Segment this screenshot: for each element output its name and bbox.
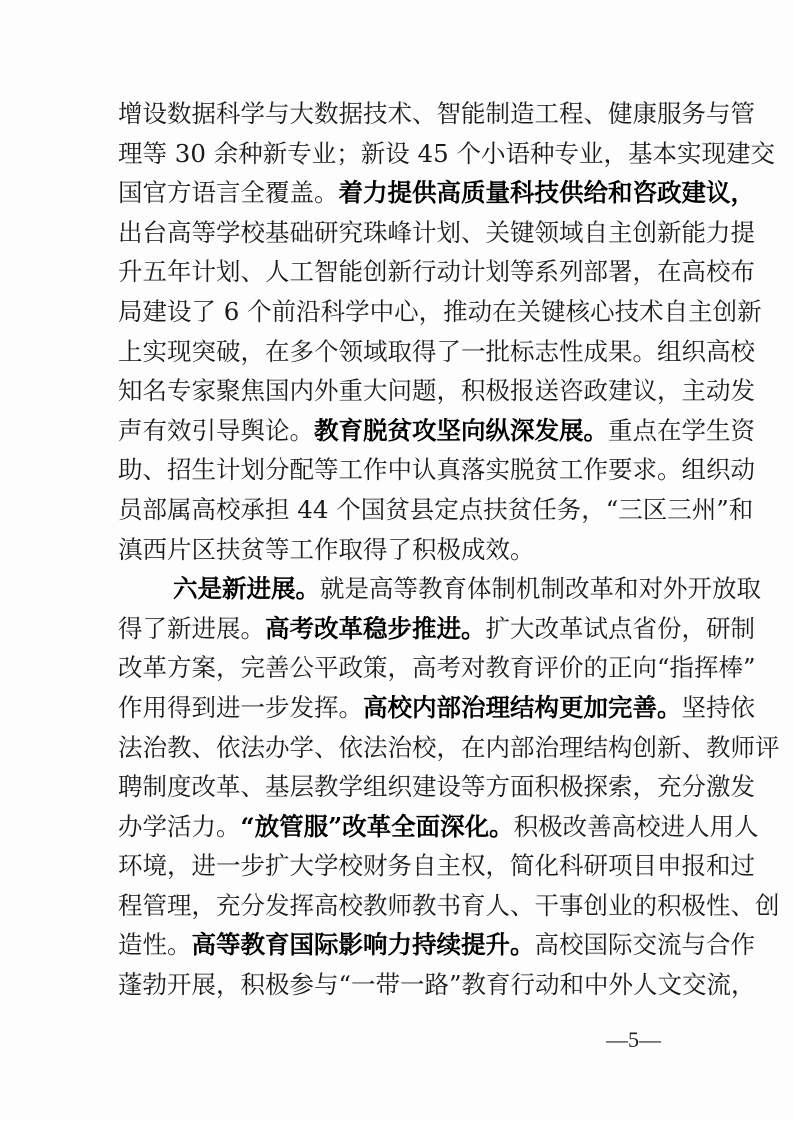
bold-heading-text: 高校内部治理结构更加完善。 [363, 693, 682, 722]
text-line: 改革方案，完善公平政策，高考对教育评价的正向“指挥棒” [118, 648, 674, 688]
body-text-segment: 声有效引导舆论。 [118, 416, 314, 445]
body-text-segment: 法治教、依法办学、依法治校，在内部治理结构创新、教师评 [118, 733, 780, 762]
text-line: 助、招生计划分配等工作中认真落实脱贫工作要求。组织动 [118, 450, 674, 490]
text-line: 造性。高等教育国际影响力持续提升。高校国际交流与合作 [118, 925, 674, 965]
body-text-segment: 国官方语言全覆盖。 [118, 178, 339, 207]
text-line: 理等 30 余种新专业；新设 45 个小语种专业，基本实现建交 [118, 134, 674, 174]
body-text-segment: 理等 30 余种新专业；新设 45 个小语种专业，基本实现建交 [118, 139, 775, 168]
bold-heading-text: 着力提供高质量科技供给和咨政建议， [339, 178, 756, 207]
bold-heading-text: 高等教育国际影响力持续提升。 [192, 930, 535, 959]
text-line: 办学活力。“放管服”改革全面深化。积极改善高校进人用人 [118, 807, 674, 847]
text-line: 知名专家聚焦国内外重大问题，积极报送咨政建议，主动发 [118, 371, 674, 411]
page-number: —5— [606, 1027, 661, 1053]
bold-heading-text: 高考改革稳步推进。 [265, 614, 486, 643]
text-line: 上实现突破，在多个领域取得了一批标志性成果。组织高校 [118, 332, 674, 372]
body-text-segment: 造性。 [118, 930, 192, 959]
bold-heading-text: 六是新进展。 [173, 574, 320, 603]
body-text-segment: 坚持依 [682, 693, 756, 722]
text-line: 出台高等学校基础研究珠峰计划、关键领域自主创新能力提 [118, 213, 674, 253]
body-text-segment: 高校国际交流与合作 [535, 930, 756, 959]
document-body: 增设数据科学与大数据技术、智能制造工程、健康服务与管理等 30 余种新专业；新设… [118, 94, 674, 1005]
body-text-segment: 上实现突破，在多个领域取得了一批标志性成果。组织高校 [118, 337, 755, 366]
text-line: 得了新进展。高考改革稳步推进。扩大改革试点省份，研制 [118, 609, 674, 649]
text-line: 局建设了 6 个前沿科学中心，推动在关键核心技术自主创新 [118, 292, 674, 332]
body-text-segment: 聘制度改革、基层教学组织建设等方面积极探索，充分激发 [118, 772, 755, 801]
text-line: 环境，进一步扩大学校财务自主权，简化科研项目申报和过 [118, 846, 674, 886]
text-line: 国官方语言全覆盖。着力提供高质量科技供给和咨政建议， [118, 173, 674, 213]
body-text-segment: 出台高等学校基础研究珠峰计划、关键领域自主创新能力提 [118, 218, 755, 247]
text-line: 聘制度改革、基层教学组织建设等方面积极探索，充分激发 [118, 767, 674, 807]
body-text-segment: 作用得到进一步发挥。 [118, 693, 363, 722]
body-text-segment: 升五年计划、人工智能创新行动计划等系列部署，在高校布 [118, 257, 755, 286]
body-text-segment: 蓬勃开展，积极参与“一带一路”教育行动和中外人文交流， [118, 970, 756, 999]
body-text-segment: 知名专家聚焦国内外重大问题，积极报送咨政建议，主动发 [118, 376, 755, 405]
text-line: 员部属高校承担 44 个国贫县定点扶贫任务，“三区三州”和 [118, 490, 674, 530]
body-text-segment: 局建设了 6 个前沿科学中心，推动在关键核心技术自主创新 [118, 297, 762, 326]
bold-heading-text: “放管服”改革全面深化。 [241, 812, 514, 841]
text-line: 滇西片区扶贫等工作取得了积极成效。 [118, 530, 674, 570]
body-text-segment: 扩大改革试点省份，研制 [486, 614, 756, 643]
body-text-segment: 办学活力。 [118, 812, 241, 841]
body-text-segment: 程管理，充分发挥高校教师教书育人、干事创业的积极性、创 [118, 891, 780, 920]
text-line: 增设数据科学与大数据技术、智能制造工程、健康服务与管 [118, 94, 674, 134]
body-text-segment: 就是高等教育体制机制改革和对外开放取 [320, 574, 761, 603]
body-text-segment: 积极改善高校进人用人 [514, 812, 759, 841]
body-text-segment: 环境，进一步扩大学校财务自主权，简化科研项目申报和过 [118, 851, 755, 880]
text-line: 声有效引导舆论。教育脱贫攻坚向纵深发展。重点在学生资 [118, 411, 674, 451]
text-line: 蓬勃开展，积极参与“一带一路”教育行动和中外人文交流， [118, 965, 674, 1005]
bold-heading-text: 教育脱贫攻坚向纵深发展。 [314, 416, 608, 445]
body-text-segment: 得了新进展。 [118, 614, 265, 643]
text-line: 升五年计划、人工智能创新行动计划等系列部署，在高校布 [118, 252, 674, 292]
body-text-segment: 助、招生计划分配等工作中认真落实脱贫工作要求。组织动 [118, 455, 755, 484]
body-text-segment: 改革方案，完善公平政策，高考对教育评价的正向“指挥棒” [118, 653, 756, 682]
text-line: 六是新进展。就是高等教育体制机制改革和对外开放取 [118, 569, 674, 609]
document-page: 增设数据科学与大数据技术、智能制造工程、健康服务与管理等 30 余种新专业；新设… [0, 0, 793, 1121]
text-line: 作用得到进一步发挥。高校内部治理结构更加完善。坚持依 [118, 688, 674, 728]
body-text-segment: 滇西片区扶贫等工作取得了积极成效。 [118, 535, 535, 564]
text-line: 法治教、依法办学、依法治校，在内部治理结构创新、教师评 [118, 728, 674, 768]
body-text-segment: 重点在学生资 [608, 416, 755, 445]
body-text-segment: 员部属高校承担 44 个国贫县定点扶贫任务，“三区三州”和 [118, 495, 753, 524]
body-text-segment: 增设数据科学与大数据技术、智能制造工程、健康服务与管 [118, 99, 755, 128]
text-line: 程管理，充分发挥高校教师教书育人、干事创业的积极性、创 [118, 886, 674, 926]
